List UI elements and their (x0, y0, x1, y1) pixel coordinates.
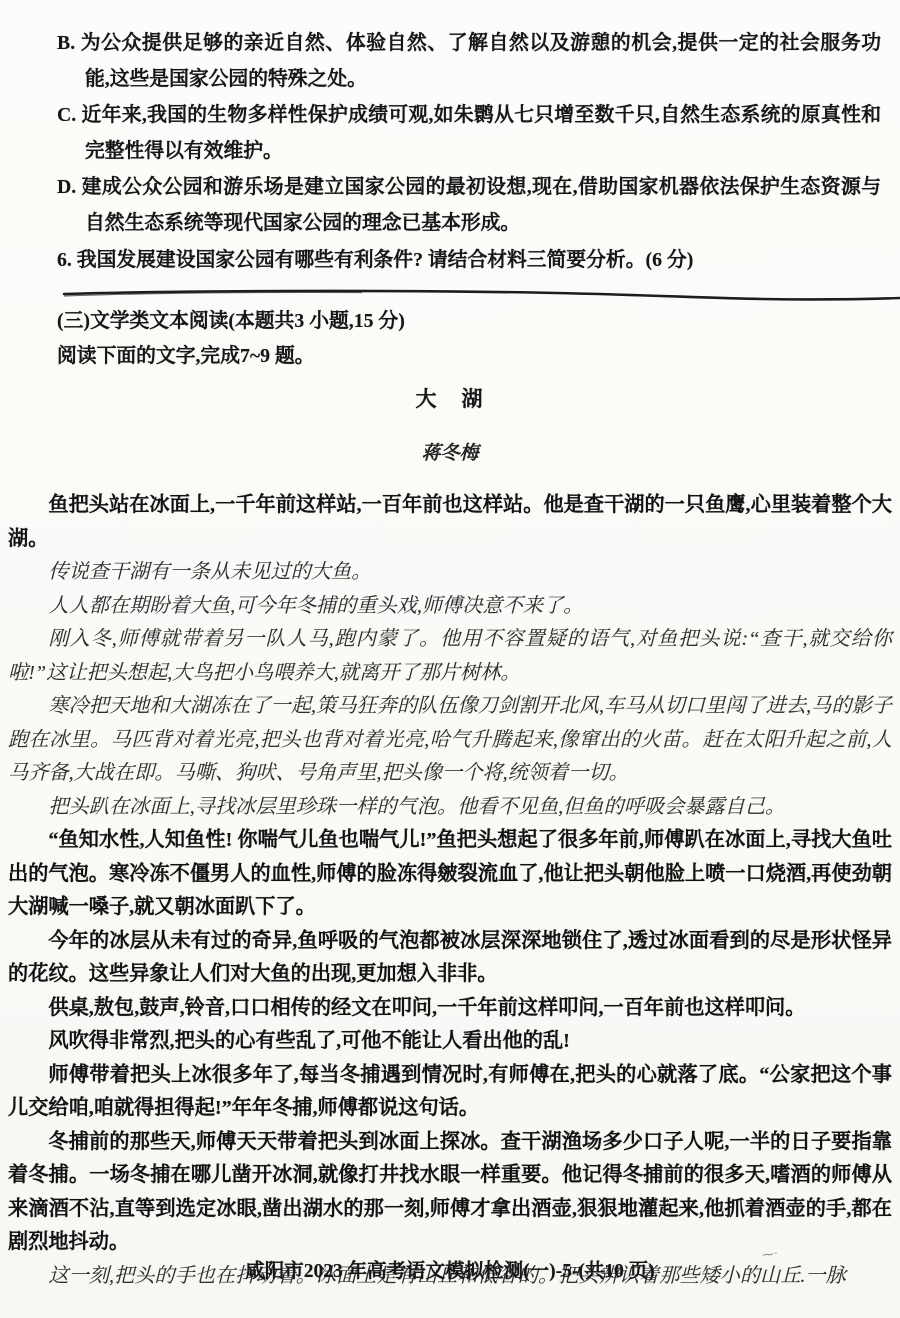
option-d: D. 建成公众公园和游乐场是建立国家公园的最初设想,现在,借助国家机器依法保护生… (57, 169, 881, 241)
section-heading: (三)文学类文本阅读(本题共3 小题,15 分) (57, 304, 892, 339)
option-b-label: B. (57, 32, 75, 54)
section-instruction: 阅读下面的文字,完成7~9 题。 (57, 339, 892, 374)
story-paragraph: 风吹得非常烈,把头的心有些乱了,可他不能让人看出他的乱! (8, 1025, 892, 1059)
option-b-text: 为公众提供足够的亲近自然、体验自然、了解自然以及游憩的机会,提供一定的社会服务功… (81, 32, 881, 90)
section-divider-line (62, 288, 892, 304)
page-footer: 咸阳市2023 年高考语文模拟检测(一)-5-(共10 页) (0, 1255, 900, 1283)
question5-options: B. 为公众提供足够的亲近自然、体验自然、了解自然以及游憩的机会,提供一定的社会… (57, 25, 881, 241)
story-paragraph: 师傅带着把头上冰很多年了,每当冬捕遇到情况时,有师傅在,把头的心就落了底。“公家… (8, 1059, 892, 1126)
story-paragraph: 供桌,敖包,鼓声,铃音,口口相传的经文在叩问,一千年前这样叩问,一百年前也这样叩… (8, 992, 892, 1026)
story-paragraph: 人人都在期盼着大鱼,可今年冬捕的重头戏,师傅决意不来了。 (8, 590, 892, 624)
exam-page: B. 为公众提供足够的亲近自然、体验自然、了解自然以及游憩的机会,提供一定的社会… (0, 0, 900, 1318)
story-paragraph: 传说查干湖有一条从未见过的大鱼。 (8, 556, 892, 590)
story-body: 鱼把头站在冰面上,一千年前这样站,一百年前也这样站。他是查干湖的一只鱼鹰,心里装… (8, 489, 892, 1293)
story-paragraph: 寒冷把天地和大湖冻在了一起,策马狂奔的队伍像刀剑割开北风,车马从切口里闯了进去,… (8, 690, 892, 791)
story-author: 蒋冬梅 (8, 437, 892, 470)
option-d-label: D. (57, 176, 76, 198)
story-paragraph: 今年的冰层从未有过的奇异,鱼呼吸的气泡都被冰层深深地锁住了,透过冰面看到的尽是形… (8, 925, 892, 992)
story-title: 大 湖 (8, 383, 892, 416)
story-paragraph: “鱼知水性,人知鱼性! 你喘气儿鱼也喘气儿!”鱼把头想起了很多年前,师傅趴在冰面… (8, 824, 892, 925)
question-6: 6. 我国发展建设国家公园有哪些有利条件? 请结合材料三简要分析。(6 分) (57, 242, 892, 279)
story-paragraph: 鱼把头站在冰面上,一千年前这样站,一百年前也这样站。他是查干湖的一只鱼鹰,心里装… (8, 489, 892, 556)
story-paragraph: 刚入冬,师傅就带着另一队人马,跑内蒙了。他用不容置疑的语气,对鱼把头说:“查干,… (8, 623, 892, 690)
option-c-text: 近年来,我国的生物多样性保护成绩可观,如朱鹮从七只增至数千只,自然生态系统的原真… (82, 104, 882, 162)
story-paragraph: 冬捕前的那些天,师傅天天带着把头到冰面上探冰。查干湖渔场多少口子人呢,一半的日子… (8, 1126, 892, 1260)
story-paragraph: 把头趴在冰面上,寻找冰层里珍珠一样的气泡。他看不见鱼,但鱼的呼吸会暴露自己。 (8, 791, 892, 825)
option-d-text: 建成公众公园和游乐场是建立国家公园的最初设想,现在,借助国家机器依法保护生态资源… (82, 176, 881, 234)
option-c-label: C. (57, 104, 76, 126)
option-c: C. 近年来,我国的生物多样性保护成绩可观,如朱鹮从七只增至数千只,自然生态系统… (57, 97, 881, 169)
option-b: B. 为公众提供足够的亲近自然、体验自然、了解自然以及游憩的机会,提供一定的社会… (57, 25, 881, 97)
